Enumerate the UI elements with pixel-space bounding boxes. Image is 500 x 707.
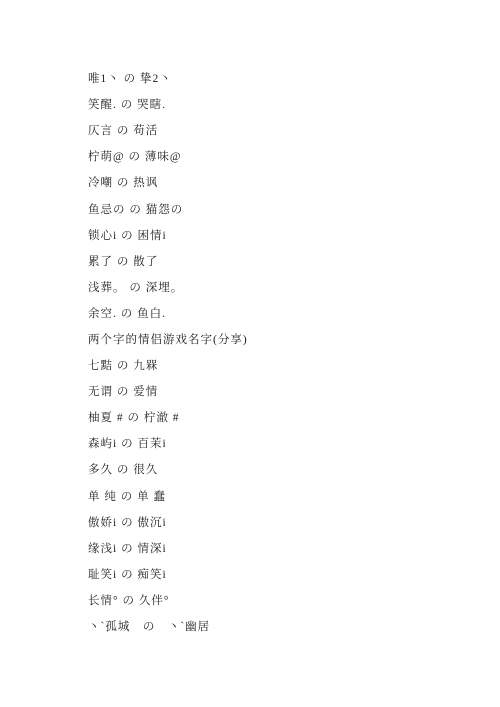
name-pair-line: 笑醒. の 哭瞎.	[88, 91, 480, 117]
name-pair-line: 耻笑i の 痴笑i	[88, 561, 480, 587]
name-pair-line: 柚夏 # の 柠澈 #	[88, 404, 480, 430]
name-list: 唯1丶 の 挚2丶 笑醒. の 哭瞎. 仄言 の 苟活 柠萌@ の 薄味@ 冷嘲…	[88, 65, 480, 639]
section-heading: 两个字的情侣游戏名字(分享)	[88, 326, 480, 352]
name-pair-line: 缘浅i の 情深i	[88, 535, 480, 561]
name-pair-line: 冷嘲 の 热讽	[88, 169, 480, 195]
name-pair-line: 浅葬。 の 深埋。	[88, 274, 480, 300]
name-pair-line: 多久 の 很久	[88, 456, 480, 482]
name-pair-line: 七黠 の 九槑	[88, 352, 480, 378]
name-pair-line: 丶`孤城 の 丶`幽居	[88, 613, 480, 639]
name-pair-line: 余空. の 鱼白.	[88, 300, 480, 326]
name-pair-line: 森屿i の 百茉i	[88, 430, 480, 456]
name-pair-line: 鱼忌の の 猫怨の	[88, 195, 480, 221]
name-pair-line: 柠萌@ の 薄味@	[88, 143, 480, 169]
name-pair-line: 单 纯 の 单 蠢	[88, 483, 480, 509]
name-pair-line: 仄言 の 苟活	[88, 117, 480, 143]
document-page: 唯1丶 の 挚2丶 笑醒. の 哭瞎. 仄言 の 苟活 柠萌@ の 薄味@ 冷嘲…	[0, 0, 500, 707]
name-pair-line: 唯1丶 の 挚2丶	[88, 65, 480, 91]
name-pair-line: 傲娇i の 傲沉i	[88, 509, 480, 535]
name-pair-line: 累了 の 散了	[88, 248, 480, 274]
name-pair-line: 长情° の 久伴°	[88, 587, 480, 613]
name-pair-line: 无谓 の 爱情	[88, 378, 480, 404]
name-pair-line: 锁心i の 困情i	[88, 222, 480, 248]
